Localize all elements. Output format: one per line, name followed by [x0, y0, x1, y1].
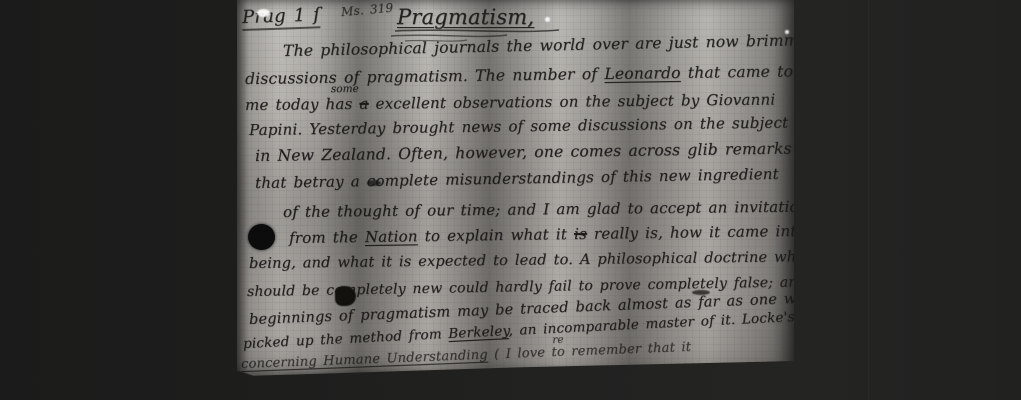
underlined-word: Leonardo	[604, 64, 681, 83]
line-text: that came to	[681, 62, 794, 82]
punch-hole	[248, 224, 275, 250]
line-text: picked up the method from	[243, 326, 449, 352]
page-mark-text: Prag 1 ſ	[242, 4, 321, 31]
manuscript-line: discussions of pragmatism. The number of…	[245, 62, 793, 88]
manuscript-line: being, and what it is expected to lead t…	[249, 249, 819, 272]
underlined-book-title: concerning Humane Understanding	[241, 348, 488, 372]
manuscript-page: Prag 1 ſ Ms. 319 Pragmatism, The philoso…	[237, 0, 794, 380]
line-text: to explain what it	[418, 225, 575, 245]
glare-spot	[545, 17, 550, 22]
inserted-word: re	[552, 334, 564, 346]
glare-spot	[257, 9, 270, 17]
struck-word: is	[574, 225, 587, 243]
manuscript-line: me today has a excellent observations on…	[245, 90, 775, 114]
strikethrough-mark	[367, 180, 381, 186]
line-text: me today has	[245, 95, 360, 114]
glare-spot	[785, 30, 789, 34]
film-seam	[868, 0, 869, 400]
title-text: Pragmatism,	[397, 5, 534, 29]
manuscript-title: Pragmatism,	[397, 5, 534, 29]
struck-word: a	[359, 95, 368, 113]
line-text: from the	[289, 228, 365, 247]
line-text: really is, how it came into	[587, 222, 806, 243]
manuscript-line: from the Nation to explain what it is re…	[289, 222, 806, 247]
line-text: ( I love to remember that it	[487, 340, 691, 363]
archival-page-mark: Prag 1 ſ	[242, 4, 321, 28]
underlined-word: Nation	[365, 227, 418, 246]
strikethrough-mark	[692, 290, 710, 295]
manuscript-line: that betray a complete misunderstandings…	[255, 165, 779, 192]
ink-blot	[335, 286, 356, 306]
inserted-word: some	[331, 83, 359, 95]
ms-number: Ms. 319	[340, 0, 393, 19]
microfilm-photo: Prag 1 ſ Ms. 319 Pragmatism, The philoso…	[0, 0, 1021, 400]
manuscript-line: of the thought of our time; and I am gla…	[283, 197, 809, 221]
underlined-word: Berkeley	[448, 323, 509, 342]
manuscript-line: in New Zealand. Often, however, one come…	[255, 140, 792, 165]
underlined-word: Essay	[801, 307, 842, 325]
manuscript-line: Papini. Yesterday brought news of some d…	[249, 113, 789, 139]
line-text: discussions of pragmatism. The number of	[245, 65, 605, 88]
line-text: excellent observations on the subject by…	[368, 90, 775, 112]
manuscript-line: The philosophical journals the world ove…	[283, 30, 867, 60]
